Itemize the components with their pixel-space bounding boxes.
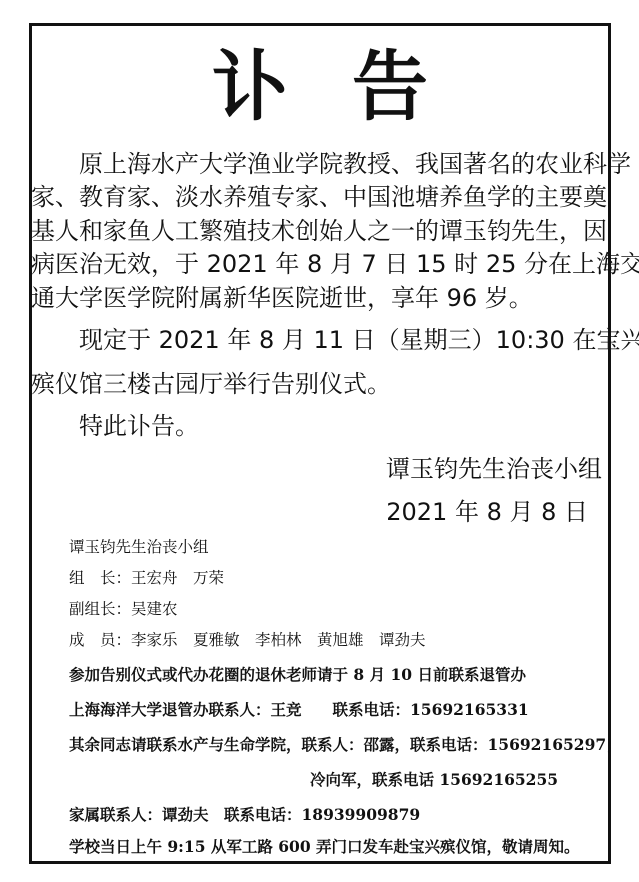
bus-notice: 学校当日上午 9:15 从军工路 600 弄门口发车赴宝兴殡仪馆，敬请周知。 [69,837,580,857]
paragraph1-line: 基人和家鱼人工繁殖技术创始人之一的谭玉钧先生，因 [31,216,607,246]
committee-heading: 谭玉钧先生治丧小组 [69,537,209,557]
deputy-label: 副组长： [69,600,131,618]
paragraph1-line: 病医治无效，于 2021 年 8 月 7 日 15 时 25 分在上海交 [31,249,639,279]
committee-leaders: 组 长：王宏舟 万荣 [69,568,224,588]
committee-members: 成 员：李家乐 夏雅敏 李柏林 黄旭雄 谭劲夫 [69,630,426,650]
leaders-label: 组 长： [69,569,131,587]
paragraph1-line: 家、教育家、淡水养殖专家、中国池塘养鱼学的主要奠 [31,182,607,212]
family-contact: 家属联系人：谭劲夫 联系电话：18939909879 [69,805,420,825]
paragraph2-line: 殡仪馆三楼古园厅举行告别仪式。 [31,369,391,399]
title-char: 告 [352,42,428,132]
members-names: 李家乐 夏雅敏 李柏林 黄旭雄 谭劲夫 [131,631,426,649]
paragraph1-line: 通大学医学院附属新华医院逝世，享年 96 岁。 [31,283,533,313]
notice-frame: 讣告 原上海水产大学渔业学院教授、我国著名的农业科学 家、教育家、淡水养殖专家、… [29,23,611,864]
others-contact-line1: 其余同志请联系水产与生命学院，联系人：邵露，联系电话：15692165297； [69,735,622,755]
paragraph2-line: 现定于 2021 年 8 月 11 日（星期三）10:30 在宝兴 [79,325,639,355]
others-contact-line2: 冷向军，联系电话 15692165255 [310,770,558,790]
signature: 谭玉钧先生治丧小组 [386,454,602,484]
members-label: 成 员： [69,631,131,649]
paragraph1-line: 原上海水产大学渔业学院教授、我国著名的农业科学 [79,149,631,179]
deputy-name: 吴建农 [131,600,178,618]
committee-deputy: 副组长：吴建农 [69,599,178,619]
notice-title: 讣告 [32,42,608,132]
notice-date: 2021 年 8 月 8 日 [386,497,588,527]
retiree-office-contact: 上海海洋大学退管办联系人：王竞 联系电话：15692165331 [69,700,529,720]
leaders-names: 王宏舟 万荣 [131,569,224,587]
retiree-notice: 参加告别仪式或代办花圈的退休老师请于 8 月 10 日前联系退管办 [69,665,526,685]
closing-text: 特此讣告。 [79,411,199,441]
title-char: 讣 [212,42,288,132]
